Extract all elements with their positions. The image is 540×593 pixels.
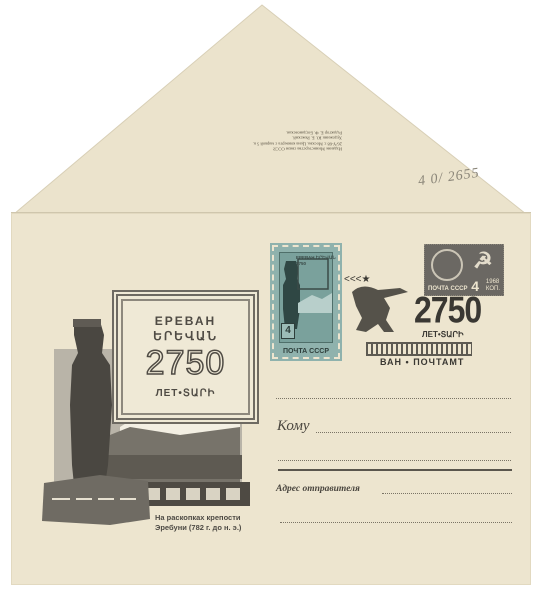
postage-stamp: ЕРЕВАН ԵՐԵՎԱՆ 2750 4 ПОЧТА СССР [272,245,340,359]
imprint-line: Редактор Е. Ф. Богдановская. [192,130,342,135]
caption-line: Эребуни (782 г. до н. э.) [155,523,241,533]
postmark-ornament [366,342,472,356]
postmark-office: ВАН • ПОЧТАМТ [380,357,464,367]
years-label: ЛЕТ•ՏԱՐԻ [118,388,253,399]
recipient-label: Кому [277,418,310,435]
postmark: <<<★ 2750 ЛЕТ•ՏԱՐԻ ВАН • ПОЧТАМТ [350,270,480,365]
stamp-title: ЕРЕВАН ԵՐԵՎԱՆ 2750 [296,255,338,266]
envelope-flap [0,0,540,220]
indicium-unit-label: КОП. [486,286,500,293]
postmark-year: 2750 [414,289,481,332]
anniversary-frame: ЕРЕВАН ԵՐԵՎԱՆ 2750 ЛЕТ•ՏԱՐԻ [112,290,259,424]
publisher-imprint: Издание Министерства связи СССР. 26/Y-68… [192,130,342,152]
anniversary-year: 2750 [118,344,253,383]
stamp-value: 4 [281,323,295,339]
indicium-year: 1968 [486,279,500,286]
indicium-unit: 1968 КОП. [486,279,500,293]
address-line[interactable] [276,398,511,399]
caption-line: На раскопках крепости [155,513,241,523]
postmark-years-label: ЛЕТ•ՏԱՐԻ [422,330,463,339]
recipient-line[interactable] [316,432,511,433]
sender-line[interactable] [382,493,512,494]
imprint-line: Издание Министерства связи СССР. [192,146,342,151]
sender-label: Адрес отправителя [276,484,360,494]
address-line[interactable] [278,460,511,461]
title-russian: ЕРЕВАН [118,314,253,328]
title-armenian: ԵՐԵՎԱՆ [118,329,253,343]
imprint-line: 26/Y-68 г. Москва. Цена конверта с марко… [192,141,342,146]
sender-address-line[interactable] [280,522,512,523]
lion-icon: <<<★ [344,272,414,342]
svg-text:<<<★: <<<★ [344,274,371,285]
illustration-caption: На раскопках крепости Эребуни (782 г. до… [155,513,241,533]
envelope: Издание Министерства связи СССР. 26/Y-68… [0,0,540,593]
stamp-country: ПОЧТА СССР [274,348,338,355]
separator-line [278,469,512,471]
